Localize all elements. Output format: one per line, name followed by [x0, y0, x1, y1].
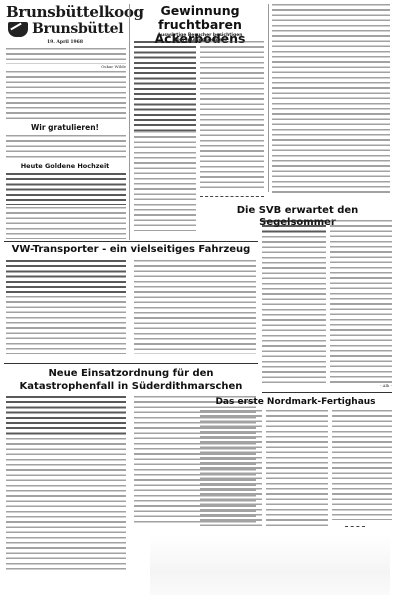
lead-intro-text [134, 41, 196, 131]
masthead-title-line2: Brunsbüttel [32, 21, 123, 37]
lead-body-col3 [272, 4, 390, 194]
congrats-text [6, 135, 126, 159]
issue-date: 19. April 1968 [0, 40, 130, 45]
prefab-body-col3 [332, 410, 392, 520]
congrats-heading: Wir gratulieren! [0, 123, 130, 132]
lead-body-col2 [200, 41, 264, 191]
golden-wedding-heading: Heute Goldene Hochzeit [0, 162, 130, 171]
separator [200, 196, 264, 197]
section-rule [4, 241, 258, 242]
vw-lead [6, 260, 126, 294]
disaster-body-col1 [6, 438, 126, 570]
svb-signature: - Alb - [340, 383, 392, 388]
birthdays-text [6, 71, 126, 107]
prefab-headline: Das erste Nordmark-Fertighaus [196, 396, 395, 408]
april-20-text [6, 107, 126, 119]
prefab-body-col2 [266, 410, 328, 526]
lead-body-col1 [134, 131, 196, 231]
golden-wedding-lead [6, 173, 126, 205]
golden-wedding-body [6, 207, 126, 239]
svb-lead [262, 220, 326, 234]
section-rule [4, 363, 258, 364]
disaster-lead [6, 396, 126, 436]
quote-text [6, 48, 126, 64]
end-mark [345, 526, 365, 527]
disaster-headline-line1: Neue Einsatzordnung für den [0, 368, 262, 380]
prefab-body-col1 [200, 410, 262, 526]
masthead-title-line1: Brunsbüttelkoog [6, 4, 144, 20]
quote-author: Oskar Wilde [80, 64, 126, 69]
vw-headline: VW-Transporter - ein vielseitiges Fahrze… [0, 244, 262, 256]
vw-body-col1 [6, 296, 126, 354]
svb-body-col2 [330, 220, 392, 386]
lead-headline-line1: Gewinnung [130, 4, 270, 18]
disaster-headline-line2: Katastrophenfall in Süderdithmarschen [0, 381, 262, 393]
vw-body-col2 [134, 260, 256, 354]
coat-of-arms-icon [8, 22, 28, 37]
section-rule [262, 392, 392, 393]
svb-body-col1 [262, 236, 326, 386]
page-bottom-margin [150, 535, 390, 595]
column-rule [268, 4, 269, 192]
